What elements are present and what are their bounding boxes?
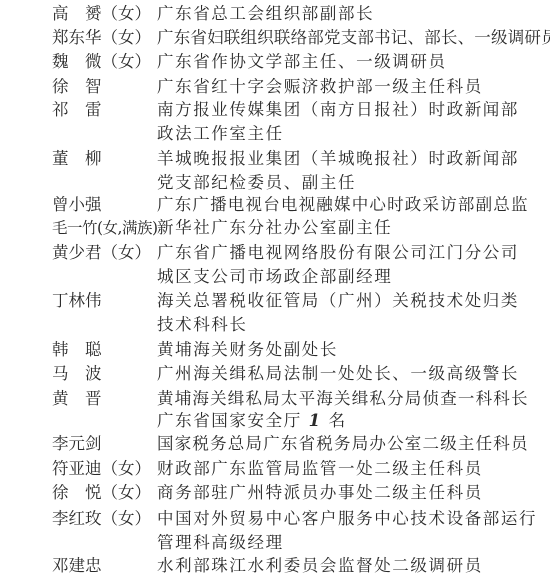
person-name: 黄 晋 xyxy=(52,387,156,411)
person-role: 黄埔海关财务处副处长 xyxy=(157,338,338,362)
person-role-continued: 技术科科长 xyxy=(157,313,248,337)
person-name: 李红玫（女） xyxy=(52,507,156,531)
person-name: 董 柳 xyxy=(52,147,156,171)
person-name: 丁林伟 xyxy=(52,289,156,313)
person-name: 郑东华（女） xyxy=(52,26,156,50)
person-name: 符亚迪（女） xyxy=(52,457,156,481)
person-role: 中国对外贸易中心客户服务中心技术设备部运行 xyxy=(157,507,537,531)
person-name: 毛一竹(女,满族) xyxy=(52,216,156,240)
person-role: 广东省妇联组织联络部党支部书记、部长、一级调研员 xyxy=(157,26,550,50)
person-role-continued: 党支部纪检委员、副主任 xyxy=(157,171,356,195)
unit-heading: 广东省国家安全厅 1 名 xyxy=(157,409,347,433)
person-role: 南方报业传媒集团（南方日报社）时政新闻部 xyxy=(157,98,519,122)
unit-count-label: 名 xyxy=(329,411,347,430)
person-role-continued: 城区支公司市场政企部副经理 xyxy=(157,265,392,289)
person-role: 广东省广播电视网络股份有限公司江门分公司 xyxy=(157,241,519,265)
person-role: 商务部驻广州特派员办事处二级主任科员 xyxy=(157,481,483,505)
personnel-list-document: 高 赟（女） 广东省总工会组织部副部长 郑东华（女） 广东省妇联组织联络部党支部… xyxy=(0,0,550,578)
person-role: 水利部珠江水利委员会监督处二级调研员 xyxy=(157,554,483,578)
person-role: 财政部广东监管局监管一处二级主任科员 xyxy=(157,457,483,481)
person-name: 李元剑 xyxy=(52,432,156,456)
unit-count-number: 1 xyxy=(309,411,322,430)
person-role-continued: 政法工作室主任 xyxy=(157,122,284,146)
person-role: 广东广播电视台电视融媒中心时政采访部副总监 xyxy=(157,193,529,217)
unit-name: 广东省国家安全厅 xyxy=(157,411,302,430)
person-role: 国家税务总局广东省税务局办公室二级主任科员 xyxy=(157,432,529,456)
person-name: 魏 微（女） xyxy=(52,50,156,74)
person-role: 广东省红十字会赈济救护部一级主任科员 xyxy=(157,75,483,99)
person-role: 海关总署税收征管局（广州）关税技术处归类 xyxy=(157,289,519,313)
person-role: 羊城晚报报业集团（羊城晚报社）时政新闻部 xyxy=(157,147,519,171)
person-role: 新华社广东分社办公室副主任 xyxy=(157,216,392,240)
person-name: 马 波 xyxy=(52,362,156,386)
person-role: 黄埔海关缉私局太平海关缉私分局侦查一科科长 xyxy=(157,387,529,411)
person-name: 曾小强 xyxy=(52,193,156,217)
person-name: 高 赟（女） xyxy=(52,2,156,26)
person-name: 黄少君（女） xyxy=(52,241,156,265)
person-name: 徐 悦（女） xyxy=(52,481,156,505)
person-name: 徐 智 xyxy=(52,75,156,99)
person-role: 广东省总工会组织部副部长 xyxy=(157,2,374,26)
person-role: 广州海关缉私局法制一处处长、一级高级警长 xyxy=(157,362,519,386)
person-name: 韩 聪 xyxy=(52,338,156,362)
person-name: 祁 雷 xyxy=(52,98,156,122)
person-name: 邓建忠 xyxy=(52,554,156,578)
person-role: 广东省作协文学部主任、一级调研员 xyxy=(157,50,447,74)
person-role-continued: 管理科高级经理 xyxy=(157,531,284,555)
